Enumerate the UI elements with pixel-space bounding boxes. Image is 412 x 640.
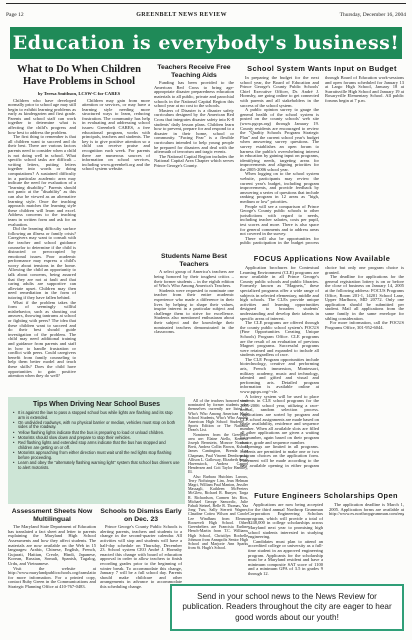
paragraph: When logging on to the school system web…	[240, 172, 319, 204]
paragraph: The deadline for applications for the ge…	[325, 275, 404, 321]
article-title: FOCUS Applications Now Available	[240, 254, 404, 263]
paragraph: Also Barbara Hutchins Laroux, Terry Noft…	[188, 475, 248, 551]
article-body: In preparing the budget for the next sch…	[240, 76, 404, 248]
article-assessment-multilingual: Assessment Sheets Now Multilingual The M…	[8, 508, 96, 635]
article-title: Teachers Receive Free Teaching Aids	[154, 64, 234, 79]
article-body: Applications are now being accepted for …	[248, 503, 404, 577]
paragraph: Did the learning difficulty surface foll…	[8, 227, 76, 301]
paragraph: Children may gain from more attention or…	[82, 99, 150, 173]
paragraph: Funding has been provided to the America…	[154, 81, 234, 109]
article-best-teachers-continued: All of the teachers honored were nominat…	[188, 399, 248, 581]
paragraph: It is against the law to pass a stopped …	[13, 411, 180, 420]
paragraph: A public opinion survey to gauge the gen…	[240, 108, 319, 172]
article-body: Children who have developed normally pri…	[8, 99, 150, 387]
paragraph: People will see a comparison of Prince G…	[240, 205, 319, 237]
tips-box-title: Tips When Driving Near School Buses	[13, 401, 180, 409]
article-teaching-aids: Teachers Receive Free Teaching Aids Fund…	[154, 64, 234, 249]
paragraph: Children who have developed normally pri…	[8, 99, 76, 136]
paragraph: Students were requested to nominate one …	[154, 289, 234, 335]
article-body: A select group of America's teachers are…	[154, 270, 234, 334]
article-focus-applications: FOCUS Applications Now Available Applica…	[240, 254, 404, 480]
paragraph: A lottery system will be used to place s…	[240, 395, 319, 446]
top-rule	[6, 3, 406, 4]
school-news-notice-box: Send in your school news to the News Rev…	[170, 584, 404, 631]
tips-list: It is against the law to pass a stopped …	[13, 411, 180, 470]
article-best-teachers: Students Name Best Teachers A select gro…	[154, 253, 234, 335]
paragraph: Nominees from the Greenbelt area are: El…	[188, 433, 248, 475]
paragraph: Motorists approaching from either direct…	[13, 451, 180, 460]
newspaper-page: Page 12 GREENBELT NEWS REVIEW Thursday, …	[0, 0, 412, 640]
article-byline: by Teresa Smithson, LCSW-C for CARES	[8, 91, 150, 96]
masthead: GREENBELT NEWS REVIEW	[136, 12, 227, 18]
issue-date: Thursday, December 16, 2004	[340, 12, 406, 18]
paragraph: What if the problem takes the form of se…	[8, 301, 76, 379]
tips-box: Tips When Driving Near School Buses It i…	[8, 397, 185, 504]
paragraph: For more information, call the FOCUS Pro…	[325, 321, 404, 330]
article-budget-input: School System Wants Input on Budget In p…	[240, 64, 404, 252]
education-banner: Education is everybody's business!	[10, 27, 402, 59]
paragraph: Visit the website at http://www.maryland…	[8, 567, 96, 590]
paragraph: Prince George's County Public Schools is…	[100, 525, 182, 589]
paragraph: Candidates must plan to attend an accred…	[248, 540, 323, 577]
article-body: Funding has been provided to the America…	[154, 81, 234, 249]
paragraph: All of the teachers honored were nominat…	[188, 399, 248, 433]
article-title: Schools to Dismiss Early on Dec. 23	[100, 508, 182, 523]
paragraph: On undivided roadways, with no physical …	[13, 421, 180, 430]
article-title: What to Do When Children Have Problems i…	[8, 64, 150, 88]
notice-text: Send in your school news to the News Rev…	[178, 592, 396, 624]
paragraph: The CLE programs are offered through the…	[240, 321, 319, 358]
paragraph: Masters of Disaster is a disaster safety…	[154, 109, 234, 155]
paragraph: The first thing to remember is that all …	[8, 135, 76, 227]
page-number: Page 12	[6, 12, 24, 18]
article-body: The Maryland State Department of Educati…	[8, 525, 96, 589]
paragraph: Learn and obey the "alternately flashing…	[13, 461, 180, 470]
banner-title: Education is everybody's business!	[13, 32, 399, 54]
article-problems-in-school: What to Do When Children Have Problems i…	[8, 64, 150, 396]
paragraph: The Maryland State Department of Educati…	[8, 525, 96, 566]
article-title: Future Engineers Scholarships Open	[248, 491, 404, 500]
article-body: Prince George's County Public Schools is…	[100, 525, 182, 589]
paragraph: In preparing the budget for the next sch…	[240, 76, 319, 108]
paragraph: Application brochures for Contextual Lea…	[240, 266, 319, 321]
paragraph: Applications are now being accepted for …	[248, 503, 323, 540]
article-title: Students Name Best Teachers	[154, 253, 234, 268]
paragraph: The CLE Program opportunities include bi…	[240, 358, 319, 395]
paragraph: A select group of America's teachers are…	[154, 270, 234, 288]
article-engineer-scholarships: Future Engineers Scholarships Open Appli…	[248, 491, 404, 580]
article-title: Assessment Sheets Now Multilingual	[8, 508, 96, 523]
middle-column: Teachers Receive Free Teaching Aids Fund…	[154, 64, 234, 397]
article-body: Application brochures for Contextual Lea…	[240, 266, 404, 474]
paragraph: The application deadline is March 1, 200…	[329, 503, 404, 517]
paragraph: The National Capital Region includes the…	[154, 155, 234, 169]
page-header: Page 12 GREENBELT NEWS REVIEW Thursday, …	[6, 12, 406, 18]
article-title: School System Wants Input on Budget	[240, 64, 404, 73]
